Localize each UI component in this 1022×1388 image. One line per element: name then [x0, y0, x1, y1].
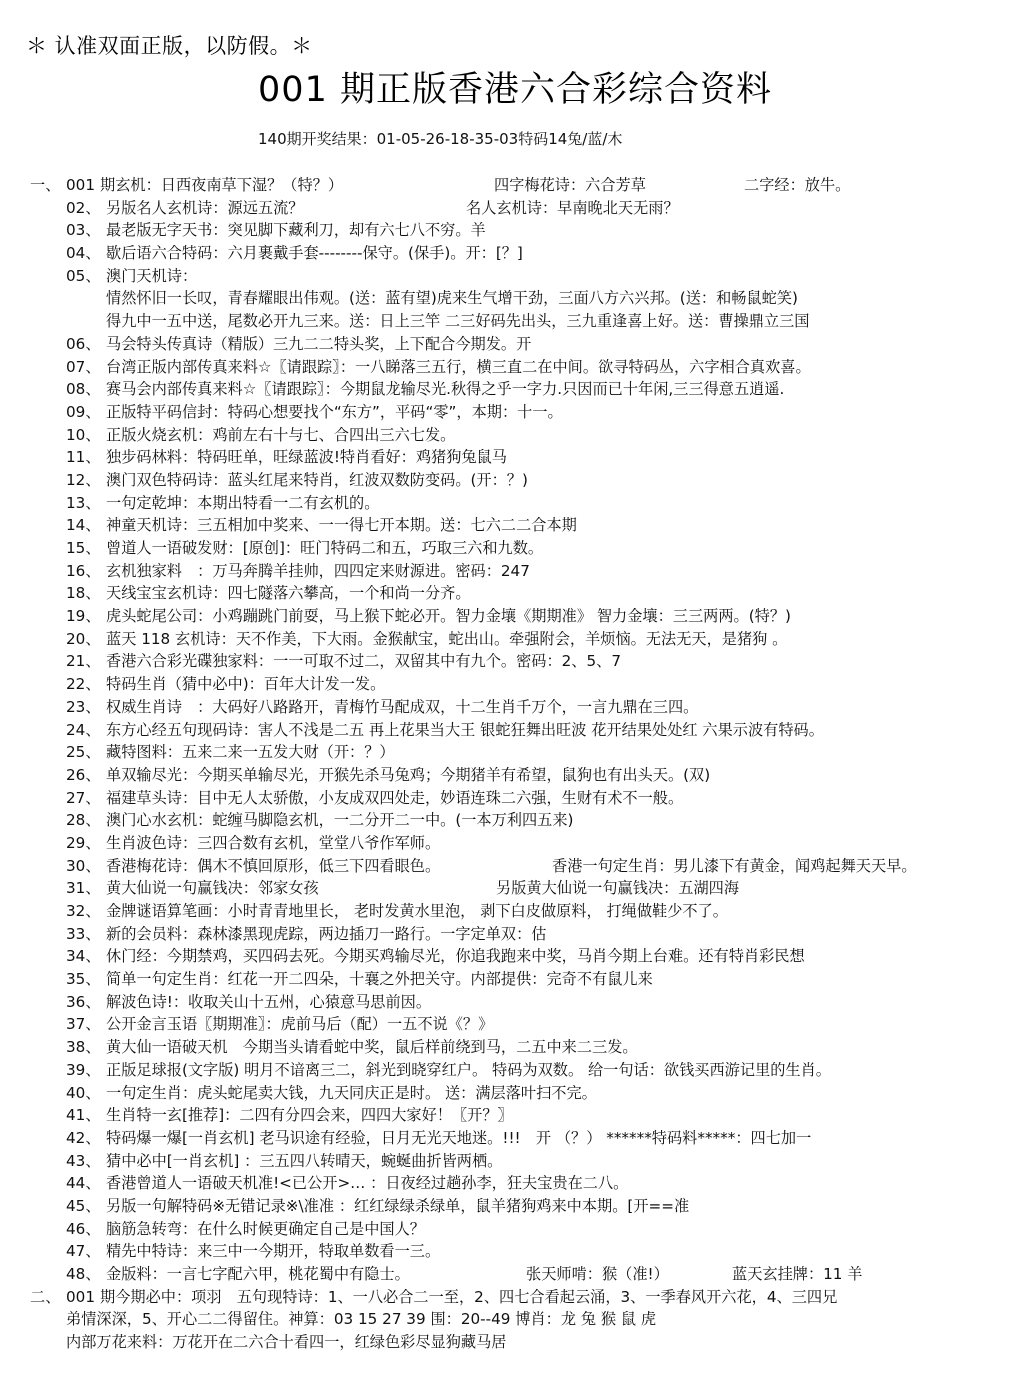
list-item: 23、权威生肖诗 ：大码好八路路开，青梅竹马配成双，十二生肖千万个，一言九鼎在三… — [0, 696, 1022, 719]
list-item: 48、 金版料：一言七字配六甲，桃花蜀中有隐士。 张天师啃：猴（准!） 蓝天玄挂… — [0, 1263, 1022, 1286]
anti-counterfeit-notice: ＊ 认准双面正版，以防假。＊ — [26, 30, 313, 60]
list-item: 38、黄大仙一语破天机 今期当头请看蛇中奖，鼠后样前绕到马，二五中来二三发。 — [0, 1036, 1022, 1059]
list-item: 41、生肖特一玄[推荐]：二四有分四会来，四四大家好！〖开？〗 — [0, 1104, 1022, 1127]
list-item: 14、神童天机诗：三五相加中奖来、一一得七开本期。送：七六二二合本期 — [0, 514, 1022, 537]
list-item: 21、香港六合彩光碟独家料：一一可取不过二，双留其中有九个。密码：2、5、7 — [0, 650, 1022, 673]
list-item: 20、蓝天 118 玄机诗：天不作美，下大雨。金猴献宝，蛇出山。牵强附会，羊烦恼… — [0, 628, 1022, 651]
list-item: 47、精先中特诗：来三中一今期开，特取单数看一三。 — [0, 1240, 1022, 1263]
content-list: 一、 001 期玄机：日西夜南草下湿？（特？） 四字梅花诗：六合芳草 二字经：放… — [0, 174, 1022, 1354]
list-item: 36、解波色诗!：收取关山十五州，心猿意马思前因。 — [0, 991, 1022, 1014]
list-item: 16、玄机独家料 ：万马奔腾羊挂帅，四四定来财源进。密码：247 — [0, 560, 1022, 583]
list-item: 24、东方心经五句现码诗：害人不浅是二五 再上花果当大王 银蛇狂舞出旺波 花开结… — [0, 719, 1022, 742]
list-item: 45、另版一句解特码※无错记录※\准准 ：红红绿绿杀绿单，鼠羊猪狗鸡来中本期。[… — [0, 1195, 1022, 1218]
list-item: 06、马会特头传真诗（精版）三九二二特头奖，上下配合今期发。开 — [0, 333, 1022, 356]
list-item: 32、金牌谜语算笔画：小时青青地里长， 老时发黄水里泡， 剥下白皮做原料， 打绳… — [0, 900, 1022, 923]
list-item: 25、藏特图料：五来二来一五发大财（开：？） — [0, 741, 1022, 764]
list-item: 09、正版特平码信封：特码心想要找个“东方”，平码“零”，本期：十一。 — [0, 401, 1022, 424]
list-item: 03、最老版无字天书：突见脚下藏利刀，却有六七八不穷。羊 — [0, 219, 1022, 242]
list-item: 05、澳门天机诗： — [0, 265, 1022, 288]
list-item: 30、 香港梅花诗：偶木不慎回原形，低三下四看眼色。 香港一句定生肖：男儿漆下有… — [0, 855, 1022, 878]
list-item: 19、虎头蛇尾公司：小鸡蹦跳门前耍，马上猴下蛇必开。智力金壤《期期准》 智力金壤… — [0, 605, 1022, 628]
list-item: 26、单双输尽光：今期买单输尽光，开猴先杀马兔鸡；今期猪羊有希望，鼠狗也有出头天… — [0, 764, 1022, 787]
list-item-continuation: 得九中一五中送，尾数必开九三来。送：日上三竿 二三好码先出头，三九重逢喜上好。送… — [0, 310, 1022, 333]
list-item: 22、特码生肖（猜中必中)：百年大计发一发。 — [0, 673, 1022, 696]
list-item: 37、公开金言玉语〖期期准〗：虎前马后（配）一五不说《？》 — [0, 1013, 1022, 1036]
list-item: 二、 001 期今期必中：项羽 五句现特诗：1、一八必合二一至，2、四七合看起云… — [0, 1286, 1022, 1309]
list-item: 10、正版火烧玄机：鸡前左右十与七、合四出三六七发。 — [0, 424, 1022, 447]
list-item: 35、简单一句定生肖：红花一开二四朵，十襄之外把关守。内部提供：完奇不有鼠儿来 — [0, 968, 1022, 991]
list-item: 39、正版足球报(文字版) 明月不谙离三二，斜光到晓穿红户。 特码为双数。 给一… — [0, 1059, 1022, 1082]
list-item: 28、澳门心水玄机：蛇缠马脚隐玄机，一二分开二一中。(一本万利四五来) — [0, 809, 1022, 832]
list-item: 29、生肖波色诗：三四合数有玄机，堂堂八爷作军师。 — [0, 832, 1022, 855]
list-item: 11、独步码林料：特码旺单，旺绿蓝波!特肖看好：鸡猪狗兔鼠马 — [0, 446, 1022, 469]
list-item: 33、新的会员料：森林漆黑现虎踪，两边插刀一路行。一字定单双：估 — [0, 923, 1022, 946]
section-marker: 一、 — [30, 174, 60, 197]
list-item: 46、脑筋急转弯：在什么时候更确定自己是中国人？ — [0, 1218, 1022, 1241]
list-item: 18、天线宝宝玄机诗：四七隧落六攀高，一个和尚一分齐。 — [0, 582, 1022, 605]
list-item: 27、福建草头诗：目中无人太骄傲，小友成双四处走，妙语连珠二六强，生财有术不一般… — [0, 787, 1022, 810]
draw-result: 140期开奖结果：01-05-26-18-35-03特码14兔/蓝/木 — [258, 128, 622, 149]
list-item: 08、赛马会内部传真来料☆〖请跟踪〗：今期鼠龙输尽光.秋得之乎一字力.只因而已十… — [0, 378, 1022, 401]
list-item: 34、休门经：今期禁鸡，买四码去死。今期买鸡输尽光，你追我跑来中奖，马肖今期上台… — [0, 945, 1022, 968]
list-item: 02、 另版名人玄机诗：源远五流？ 名人玄机诗：早南晚北天无雨？ — [0, 197, 1022, 220]
list-item: 44、香港曾道人一语破天机准!<已公开>… ：日夜经过趟孙李，狂夫宝贵在二八。 — [0, 1172, 1022, 1195]
list-item: 一、 001 期玄机：日西夜南草下湿？（特？） 四字梅花诗：六合芳草 二字经：放… — [0, 174, 1022, 197]
list-item-continuation: 内部万花来料：万花开在二六合十看四一，红绿色彩尽显狗藏马居 — [0, 1331, 1022, 1354]
list-item: 31、 黄大仙说一句赢钱决：邻家女孩 另版黄大仙说一句赢钱决：五湖四海 — [0, 877, 1022, 900]
list-item: 12、澳门双色特码诗：蓝头红尾来特肖，红波双数防变码。(开：？) — [0, 469, 1022, 492]
list-item: 40、一句定生肖：虎头蛇尾卖大钱，九天同庆正是时。 送：满层落叶扫不完。 — [0, 1082, 1022, 1105]
list-item: 07、台湾正版内部传真来料☆〖请跟踪〗：一八睇落三五行，横三直二在中间。欲寻特码… — [0, 356, 1022, 379]
list-item: 15、曾道人一语破发财：[原创]：旺门特码二和五，巧取三六和九数。 — [0, 537, 1022, 560]
list-item: 42、特码爆一爆[一肖玄机] 老马识途有经验，日月无光天地迷。!!! 开 （？）… — [0, 1127, 1022, 1150]
list-item: 04、歇后语六合特码：六月裹戴手套--------保守。(保手)。开：[？] — [0, 242, 1022, 265]
list-item: 13、一句定乾坤：本期出特看一二有玄机的。 — [0, 492, 1022, 515]
list-item-continuation: 弟情深深，5、开心二二得留住。神算：03 15 27 39 围：20--49 博… — [0, 1308, 1022, 1331]
page-title: 001 期正版香港六合彩综合资料 — [0, 62, 1022, 112]
section-marker: 二、 — [30, 1286, 60, 1309]
list-item-continuation: 情然怀旧一长叹，青春耀眼出伟观。(送：蓝有望)虎来生气增干劲，三面八方六兴邦。(… — [0, 287, 1022, 310]
list-item: 43、猜中必中[一肖玄机] ：三五四八转晴天，蜿蜒曲折皆两栖。 — [0, 1150, 1022, 1173]
